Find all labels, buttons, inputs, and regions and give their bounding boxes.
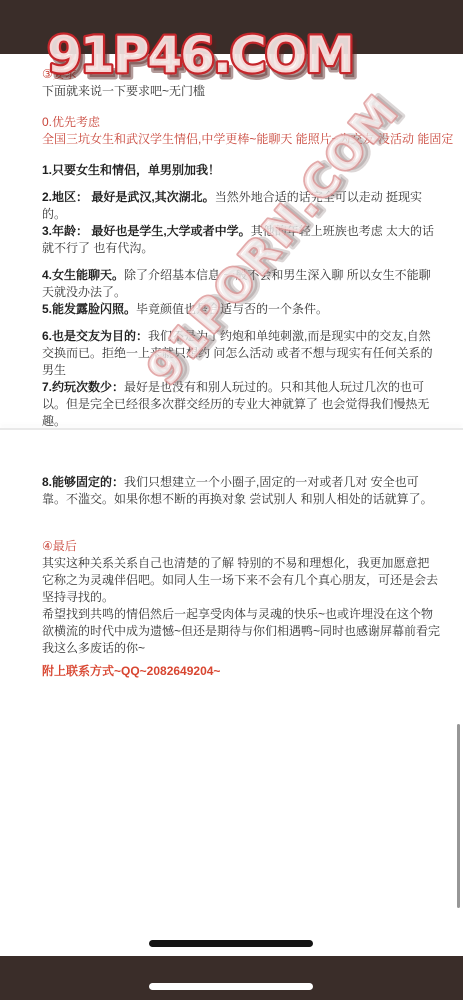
section4-paragraph-1: 其实这种关系关系自己也清楚的了解 特别的不易和理想化，我更加愿意把它称之为灵魂伴… (42, 555, 441, 606)
rule-5-label: 5.能发露脸闪照。 (42, 302, 136, 316)
inner-screenshot-home-indicator (149, 940, 313, 947)
rule-4: 4.女生能聊天。除了介绍基本信息 一般不会和男生深入聊 所以女生不能聊天就没办法… (42, 267, 441, 301)
rule-1: 1.只要女生和情侣，单男别加我！ (42, 162, 441, 179)
rule-5: 5.能发露脸闪照。毕竟颜值也是合适与否的一个条件。 (42, 301, 441, 318)
rule-4-label: 4.女生能聊天。 (42, 268, 124, 282)
scrollbar[interactable] (457, 724, 460, 908)
rule-2-label: 2.地区： 最好是武汉,其次湖北。 (42, 190, 215, 204)
rule-5-text: 毕竟颜值也是合适与否的一个条件。 (136, 302, 328, 316)
rule-1-label: 1.只要女生和情侣，单男别加我！ (42, 163, 220, 177)
priority-title: 0.优先考虑 (42, 114, 441, 131)
post-section-requirements: ③要求 下面就来说一下要求吧~无门槛 0.优先考虑 全国三坑女生和武汉学生情侣,… (0, 54, 463, 430)
rule-3: 3.年龄： 最好也是学生,大学或者中学。其他的年轻上班族也考虑 太大的话就不行了… (42, 223, 441, 257)
rule-2: 2.地区： 最好是武汉,其次湖北。当然外地合适的话完全可以走动 挺现实的。 (42, 189, 441, 223)
rule-group-2-3: 2.地区： 最好是武汉,其次湖北。当然外地合适的话完全可以走动 挺现实的。 3.… (42, 189, 441, 257)
section3-heading: ③要求 (42, 66, 441, 83)
rule-7-label: 7.约玩次数少： (42, 380, 124, 394)
status-bar (0, 0, 463, 54)
rule-3-label: 3.年龄： 最好也是学生,大学或者中学。 (42, 224, 251, 238)
priority-body: 全国三坑女生和武汉学生情侣,中学更棒~能聊天 能照片~为交友 没活动 能固定 (42, 131, 441, 148)
section3-intro: 下面就来说一下要求吧~无门槛 (42, 83, 441, 100)
rule-6: 6.也是交友为目的：我们不是为了约炮和单纯刺激,而是现实中的交友,自然交换而已。… (42, 328, 441, 379)
rule-group-1: 1.只要女生和情侣，单男别加我！ (42, 162, 441, 179)
section4-paragraph-2: 希望找到共鸣的情侣然后一起享受肉体与灵魂的快乐~也或许埋没在这个物欲横流的时代中… (42, 606, 441, 657)
bottom-frame-bar (0, 956, 463, 1000)
section4-heading: ④最后 (42, 538, 441, 555)
post-section-final: 8.能够固定的：我们只想建立一个小圈子,固定的一对或者几对 安全也可靠。不滥交。… (0, 474, 463, 680)
rule-6-label: 6.也是交友为目的： (42, 329, 148, 343)
rule-8: 8.能够固定的：我们只想建立一个小圈子,固定的一对或者几对 安全也可靠。不滥交。… (42, 474, 441, 508)
rule-group-4-5: 4.女生能聊天。除了介绍基本信息 一般不会和男生深入聊 所以女生不能聊天就没办法… (42, 267, 441, 318)
contact-qq-line: 附上联系方式~QQ~2082649204~ (42, 663, 441, 680)
home-indicator[interactable] (149, 983, 313, 990)
rule-8-label: 8.能够固定的： (42, 475, 124, 489)
rule-7: 7.约玩次数少：最好是也没有和别人玩过的。只和其他人玩过几次的也可以。但是完全已… (42, 379, 441, 430)
priority-block: 0.优先考虑 全国三坑女生和武汉学生情侣,中学更棒~能聊天 能照片~为交友 没活… (42, 114, 441, 148)
rule-group-6-7: 6.也是交友为目的：我们不是为了约炮和单纯刺激,而是现实中的交友,自然交换而已。… (42, 328, 441, 430)
